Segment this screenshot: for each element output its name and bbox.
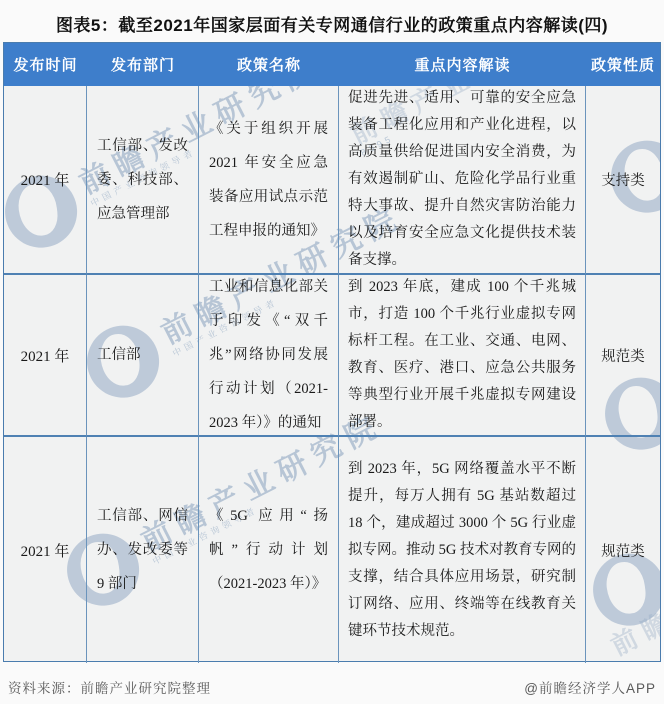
cell-text: 工信部 bbox=[87, 338, 198, 372]
row1-time-cell: 2021 年 bbox=[4, 86, 87, 275]
header-label: 发布部门 bbox=[111, 54, 175, 75]
header-cell-publish-time: 发布时间 bbox=[4, 43, 87, 86]
cell-text: 2021 年 bbox=[4, 169, 86, 190]
header-label: 政策性质 bbox=[591, 54, 655, 75]
header-label: 重点内容解读 bbox=[414, 54, 510, 75]
row2-dept-cell: 工信部 bbox=[87, 275, 199, 437]
header-cell-publish-dept: 发布部门 bbox=[87, 43, 199, 86]
row3-policy-cell: 《5G 应用“扬帆”行动计划（2021-2023 年）》 bbox=[199, 437, 339, 663]
credit-label: @前瞻经济学人APP bbox=[524, 677, 656, 697]
row2-content-cell: 到 2023 年底，建成 100 个千兆城市，打造 100 个千兆行业虚拟专网标… bbox=[339, 275, 586, 437]
header-cell-policy-name: 政策名称 bbox=[199, 43, 339, 86]
row3-nature-cell: 规范类 bbox=[586, 437, 660, 663]
header-label: 发布时间 bbox=[13, 54, 77, 75]
header-cell-policy-nature: 政策性质 bbox=[586, 43, 660, 86]
cell-text: 2021 年 bbox=[4, 540, 86, 561]
policy-table: 前瞻产业研究院 中国产业咨询领导者 前瞻产业研究院 8395 前瞻产业研究院 中… bbox=[3, 42, 661, 662]
row2-time-cell: 2021 年 bbox=[4, 275, 87, 437]
cell-text: 规范类 bbox=[586, 540, 660, 561]
row1-dept-cell: 工信部、发改委、科技部、应急管理部 bbox=[87, 86, 199, 275]
table-grid: 发布时间 发布部门 政策名称 重点内容解读 政策性质 2021 年 工信部、发改… bbox=[3, 42, 661, 662]
header-label: 政策名称 bbox=[237, 54, 301, 75]
cell-text: 到 2023 年底，建成 100 个千兆城市，打造 100 个千兆行业虚拟专网标… bbox=[339, 274, 585, 436]
cell-text: 工信部、发改委、科技部、应急管理部 bbox=[87, 129, 198, 231]
row1-content-cell: 促进先进、适用、可靠的安全应急装备工程化应用和产业化进程，以高质量供给促进国内安… bbox=[339, 86, 586, 275]
data-source-label: 资料来源：前瞻产业研究院整理 bbox=[8, 677, 211, 697]
row2-policy-cell: 工业和信息化部关于印发《“双千兆”网络协同发展行动计划（2021-2023 年）… bbox=[199, 275, 339, 437]
row3-content-cell: 到 2023 年，5G 网络覆盖水平不断提升，每万人拥有 5G 基站数超过 18… bbox=[339, 437, 586, 663]
row3-dept-cell: 工信部、网信办、发改委等 9 部门 bbox=[87, 437, 199, 663]
cell-text: 《关于组织开展 2021 年安全应急装备应用试点示范工程申报的通知》 bbox=[199, 112, 338, 248]
page: 图表5：截至2021年国家层面有关专网通信行业的政策重点内容解读(四) 前瞻产业… bbox=[0, 0, 664, 704]
row3-time-cell: 2021 年 bbox=[4, 437, 87, 663]
cell-text: 工业和信息化部关于印发《“双千兆”网络协同发展行动计划（2021-2023 年）… bbox=[199, 270, 338, 440]
figure-title: 图表5：截至2021年国家层面有关专网通信行业的政策重点内容解读(四) bbox=[0, 11, 664, 36]
cell-text: 《5G 应用“扬帆”行动计划（2021-2023 年）》 bbox=[199, 499, 338, 601]
cell-text: 支持类 bbox=[586, 169, 660, 190]
row1-nature-cell: 支持类 bbox=[586, 86, 660, 275]
cell-text: 规范类 bbox=[586, 345, 660, 366]
row2-nature-cell: 规范类 bbox=[586, 275, 660, 437]
footer: 资料来源：前瞻产业研究院整理 @前瞻经济学人APP bbox=[0, 677, 664, 697]
cell-text: 工信部、网信办、发改委等 9 部门 bbox=[87, 499, 198, 601]
header-cell-key-content: 重点内容解读 bbox=[339, 43, 586, 86]
cell-text: 到 2023 年，5G 网络覆盖水平不断提升，每万人拥有 5G 基站数超过 18… bbox=[339, 456, 585, 645]
cell-text: 2021 年 bbox=[4, 345, 86, 366]
row1-policy-cell: 《关于组织开展 2021 年安全应急装备应用试点示范工程申报的通知》 bbox=[199, 86, 339, 275]
cell-text: 促进先进、适用、可靠的安全应急装备工程化应用和产业化进程，以高质量供给促进国内安… bbox=[339, 85, 585, 274]
